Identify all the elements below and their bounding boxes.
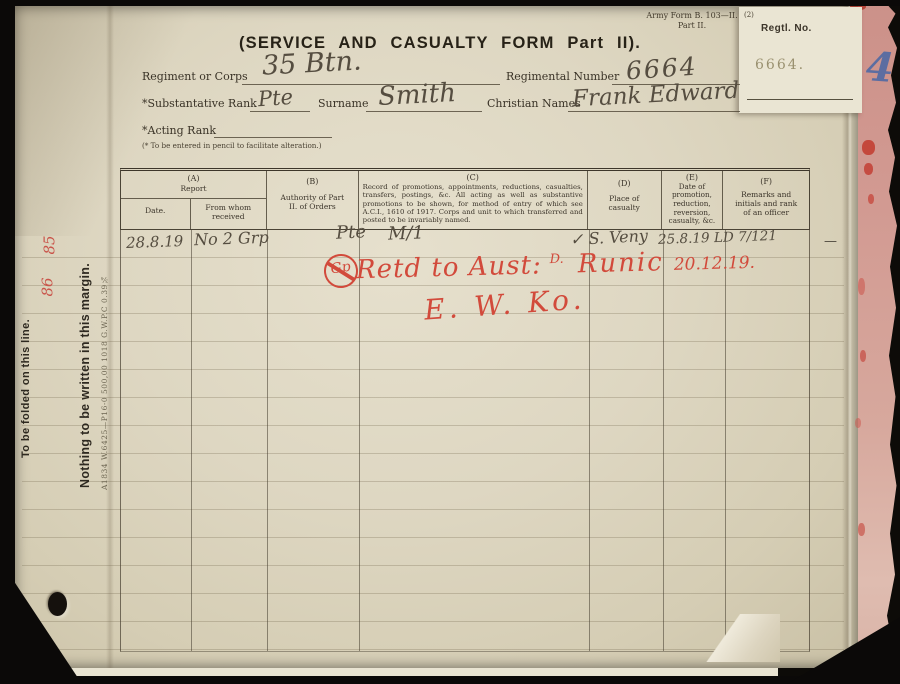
column-divider — [725, 230, 726, 651]
col-a-tag: (A) — [121, 174, 266, 184]
col-a-sub-date: Date. — [121, 199, 191, 229]
pencil-footnote: (* To be entered in pencil to facilitate… — [142, 141, 322, 150]
entry-rank: Pte — [335, 221, 366, 244]
red-note-ship: Runic — [577, 247, 664, 279]
col-f-tag: (F) — [760, 177, 772, 187]
margin-no-write-instruction: Nothing to be written in this margin. — [78, 208, 92, 488]
acting-rank-label: *Acting Rank — [142, 124, 216, 137]
christian-names-label: Christian Names — [487, 97, 581, 110]
red-note-date: 20.12.19. — [674, 253, 756, 275]
column-divider — [267, 230, 268, 651]
header-col-b: (B) Authority of Part II. of Orders — [267, 171, 359, 229]
entry-place-check: ✓ — [570, 229, 584, 249]
red-stamp-text: Gp — [330, 259, 352, 278]
red-ink-blotch — [862, 140, 875, 155]
red-note-text: Retd to Aust: — [356, 250, 542, 285]
col-b-title: Authority of Part II. of Orders — [276, 193, 348, 211]
page-number-marker: 4 — [864, 43, 895, 92]
column-divider — [663, 230, 664, 651]
regiment-label: Regiment or Corps — [142, 70, 248, 83]
entry-margin-dash: — — [824, 234, 837, 249]
header-col-e: (E) Date of promotion, reduction, revers… — [662, 171, 724, 229]
col-c-title: Record of promotions, appointments, redu… — [363, 183, 583, 225]
column-divider — [589, 230, 590, 651]
column-divider — [191, 230, 192, 651]
header-col-c: (C) Record of promotions, appointments, … — [359, 171, 588, 229]
red-ink-blotch — [858, 523, 865, 536]
substantive-rank-value: Pte — [257, 85, 294, 111]
entry-from-whom: No 2 Grp — [194, 228, 269, 250]
folded-corner — [690, 614, 780, 662]
margin-fold-instruction: To be folded on this line. — [20, 248, 32, 458]
regtl-card-rule — [747, 99, 853, 100]
entry-place-name: S. Veny — [588, 226, 648, 248]
regimental-number-label: Regimental Number — [506, 70, 619, 83]
army-form-code-line1: Army Form B. 103—II. — [642, 11, 742, 21]
col-d-tag: (D) — [618, 179, 631, 189]
margin-red-number-2: 86 — [39, 277, 57, 296]
col-d-title: Place of casualty — [601, 194, 647, 212]
red-ink-blotch — [855, 418, 861, 428]
margin-printer-code: A1834 W.6425—P16-0 500,00 1018 G.W.P.C 0… — [100, 200, 109, 490]
col-b-tag: (B) — [306, 177, 318, 187]
header-col-f: (F) Remarks and initials and rank of an … — [723, 171, 809, 229]
entry-report-date: 28.8.19 — [126, 232, 184, 252]
army-form-code-line2: Part II. — [642, 21, 742, 31]
col-f-title: Remarks and initials and rank of an offi… — [733, 190, 799, 217]
col-a-sub-from: From whom received — [191, 199, 266, 229]
red-ink-blotch — [860, 350, 866, 362]
red-ink-blotch — [858, 278, 865, 295]
scan-edge-bottom — [0, 676, 900, 684]
red-ink-blotch — [868, 194, 874, 204]
entry-record: M/1 — [388, 222, 425, 244]
col-e-title: Date of promotion, reduction, reversion,… — [665, 183, 719, 226]
acting-rank-underline — [214, 137, 332, 138]
form-title: (SERVICE AND CASUALTY FORM Part II). — [130, 34, 750, 53]
regtl-card-value: 6664. — [755, 57, 805, 73]
punch-hole — [48, 592, 67, 616]
surname-value: Smith — [377, 78, 456, 112]
header-col-a-sub: Date. From whom received — [121, 199, 266, 229]
entry-remarks: LD 7/121 — [714, 228, 778, 246]
regiment-value: 35 Btn. — [261, 45, 362, 81]
header-col-a-top: (A) Report — [121, 171, 266, 199]
regtl-number-card: (2) Regtl. No. 6664. — [739, 7, 862, 113]
entry-place: ✓ S. Veny — [570, 226, 649, 249]
header-col-a: (A) Report Date. From whom received — [121, 171, 267, 229]
col-c-tag: (C) — [363, 173, 583, 183]
regtl-card-corner-label: (2) — [744, 11, 754, 19]
table-header: (A) Report Date. From whom received (B) … — [120, 168, 810, 230]
scan-edge-top — [0, 0, 900, 6]
regtl-card-title: Regtl. No. — [761, 23, 812, 34]
red-ink-blotch — [864, 163, 873, 175]
margin-red-number-1: 85 — [41, 235, 59, 254]
scanned-document-page: 4 To be folded on this line. Nothing to … — [0, 0, 900, 684]
header-col-d: (D) Place of casualty — [588, 171, 662, 229]
army-form-code: Army Form B. 103—II. Part II. — [642, 11, 742, 31]
red-note-superscript: D. — [549, 252, 563, 267]
substantive-rank-label: *Substantative Rank — [142, 97, 257, 110]
column-divider — [359, 230, 360, 651]
surname-label: Surname — [318, 97, 368, 110]
col-a-title: Report — [121, 184, 266, 193]
